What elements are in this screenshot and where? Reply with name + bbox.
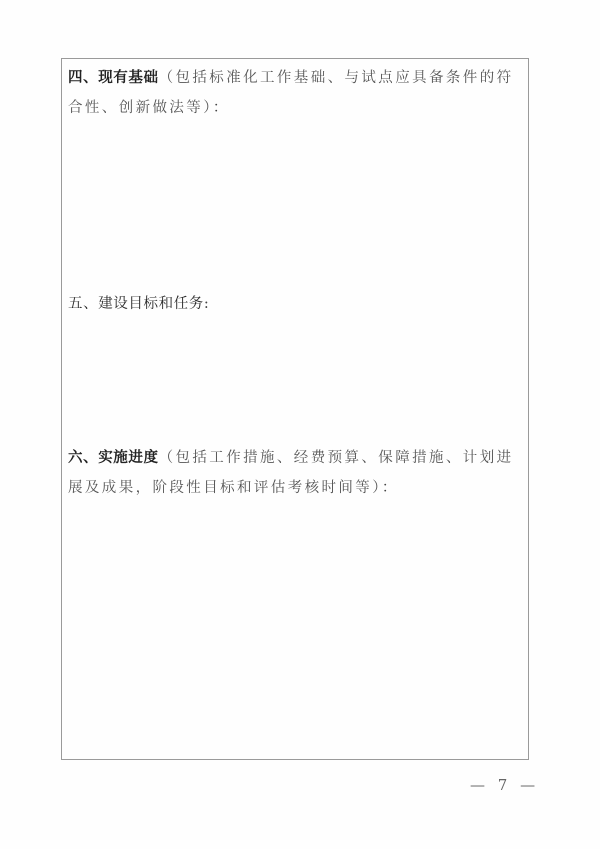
application-form-box: 四、现有基础（包括标准化工作基础、与试点应具备条件的符合性、创新做法等）： 五、… xyxy=(61,58,529,760)
document-page: 四、现有基础（包括标准化工作基础、与试点应具备条件的符合性、创新做法等）： 五、… xyxy=(0,0,600,849)
section-heading: 五、建设目标和任务 xyxy=(68,296,204,312)
section-implementation-progress: 六、实施进度（包括工作措施、经费预算、保障措施、计划进展及成果，阶段性目标和评估… xyxy=(68,443,522,503)
section-colon: ： xyxy=(213,100,229,116)
page-number: — 7 — xyxy=(470,776,539,794)
section-heading: 六、实施进度 xyxy=(68,450,159,466)
section-colon: ： xyxy=(382,480,398,496)
section-colon: : xyxy=(204,296,210,312)
section-existing-foundation: 四、现有基础（包括标准化工作基础、与试点应具备条件的符合性、创新做法等）： xyxy=(68,63,522,123)
section-construction-goals: 五、建设目标和任务: xyxy=(68,289,522,319)
section-heading: 四、现有基础 xyxy=(68,70,159,86)
